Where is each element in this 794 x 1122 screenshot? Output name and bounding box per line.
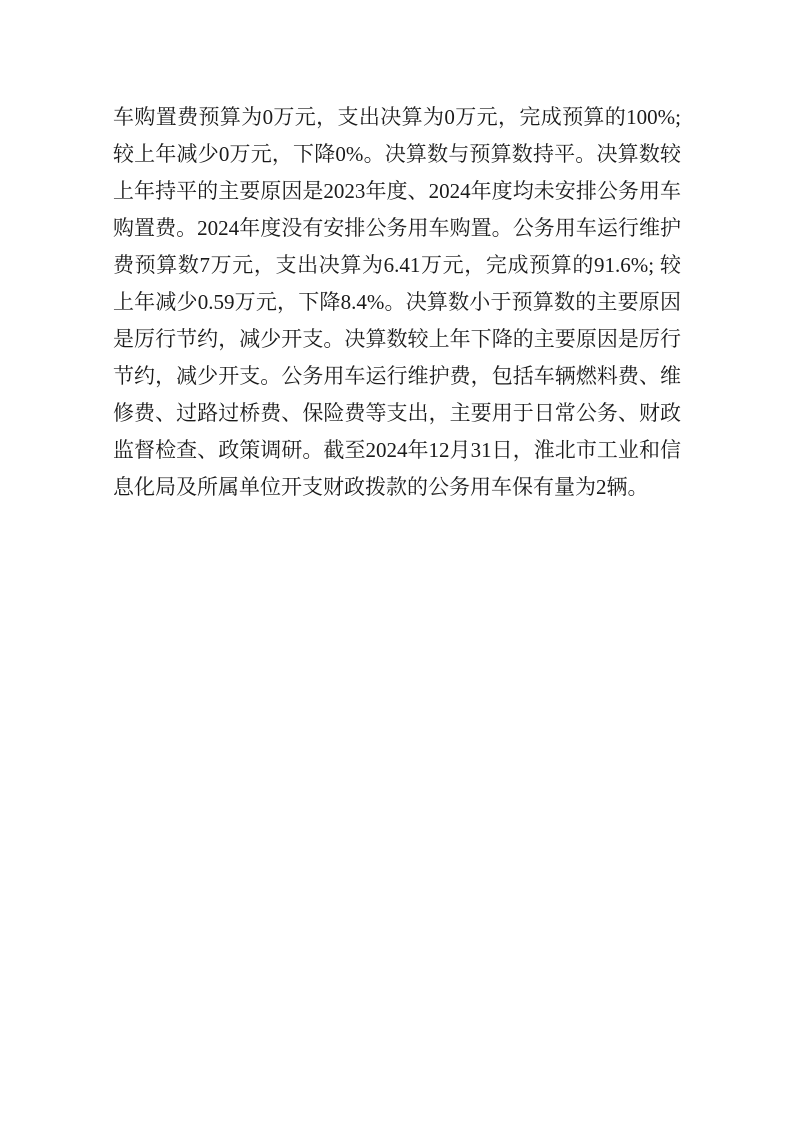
text-line: 车购置费预算为0万元，支出决算为0万元，完成预算的100%; xyxy=(113,99,681,136)
text-line: 是厉行节约，减少开支。决算数较上年下降的主要原因是厉行 xyxy=(113,321,681,358)
text-line: 购置费。2024年度没有安排公务用车购置。公务用车运行维护 xyxy=(113,210,681,247)
document-page: 车购置费预算为0万元，支出决算为0万元，完成预算的100%; 较上年减少0万元，… xyxy=(0,0,794,1122)
body-text-paragraph: 车购置费预算为0万元，支出决算为0万元，完成预算的100%; 较上年减少0万元，… xyxy=(113,99,681,506)
text-line: 修费、过路过桥费、保险费等支出，主要用于日常公务、财政 xyxy=(113,395,681,432)
text-line: 息化局及所属单位开支财政拨款的公务用车保有量为2辆。 xyxy=(113,469,681,506)
text-line: 费预算数7万元，支出决算为6.41万元，完成预算的91.6%; 较 xyxy=(113,247,681,284)
text-line: 监督检查、政策调研。截至2024年12月31日，淮北市工业和信 xyxy=(113,432,681,469)
text-line: 较上年减少0万元，下降0%。决算数与预算数持平。决算数较 xyxy=(113,136,681,173)
text-line: 上年持平的主要原因是2023年度、2024年度均未安排公务用车 xyxy=(113,173,681,210)
text-line: 节约，减少开支。公务用车运行维护费，包括车辆燃料费、维 xyxy=(113,358,681,395)
text-line: 上年减少0.59万元，下降8.4%。决算数小于预算数的主要原因 xyxy=(113,284,681,321)
